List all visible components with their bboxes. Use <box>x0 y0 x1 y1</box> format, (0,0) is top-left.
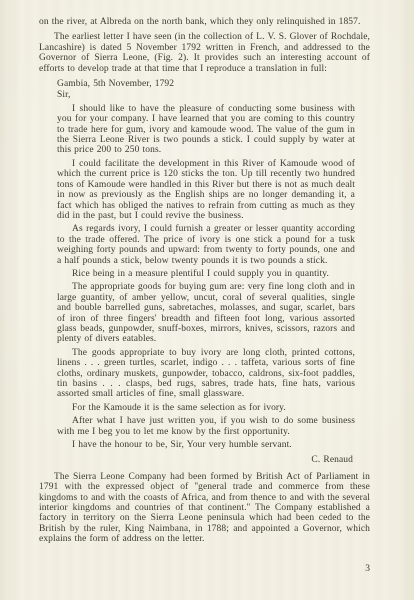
book-page: on the river, at Albreda on the north ba… <box>0 0 414 600</box>
letter-dateline: Gambia, 5th November, 1792 <box>57 79 355 89</box>
page-number: 3 <box>365 564 370 574</box>
letter-paragraph: After what I have just written you, if y… <box>57 416 355 437</box>
text-column: on the river, at Albreda on the north ba… <box>39 17 370 545</box>
letter-paragraph: As regards ivory, I could furnish a grea… <box>57 224 355 266</box>
letter-signature: C. Renaud <box>57 455 353 465</box>
letter-paragraph: The appropriate goods for buying gum are… <box>57 282 355 344</box>
letter-paragraph: The goods appropriate to buy ivory are l… <box>57 348 355 400</box>
letter-paragraph: I have the honour to be, Sir, Your very … <box>57 440 355 450</box>
letter-paragraph: For the Kamoude it is the same selection… <box>57 403 355 413</box>
letter-block: Gambia, 5th November, 1792 Sir, I should… <box>57 79 355 466</box>
letter-paragraph: I could facilitate the development in th… <box>57 159 355 221</box>
paragraph-intro: The earliest letter I have seen (in the … <box>39 32 370 74</box>
letter-paragraph: I should like to have the pleasure of co… <box>57 104 355 156</box>
letter-paragraph: Rice being in a measure plentiful I coul… <box>57 269 355 279</box>
letter-salutation: Sir, <box>57 90 355 100</box>
paragraph-continuation: on the river, at Albreda on the north ba… <box>39 17 370 27</box>
paragraph-closing: The Sierra Leone Company had been formed… <box>39 472 370 545</box>
